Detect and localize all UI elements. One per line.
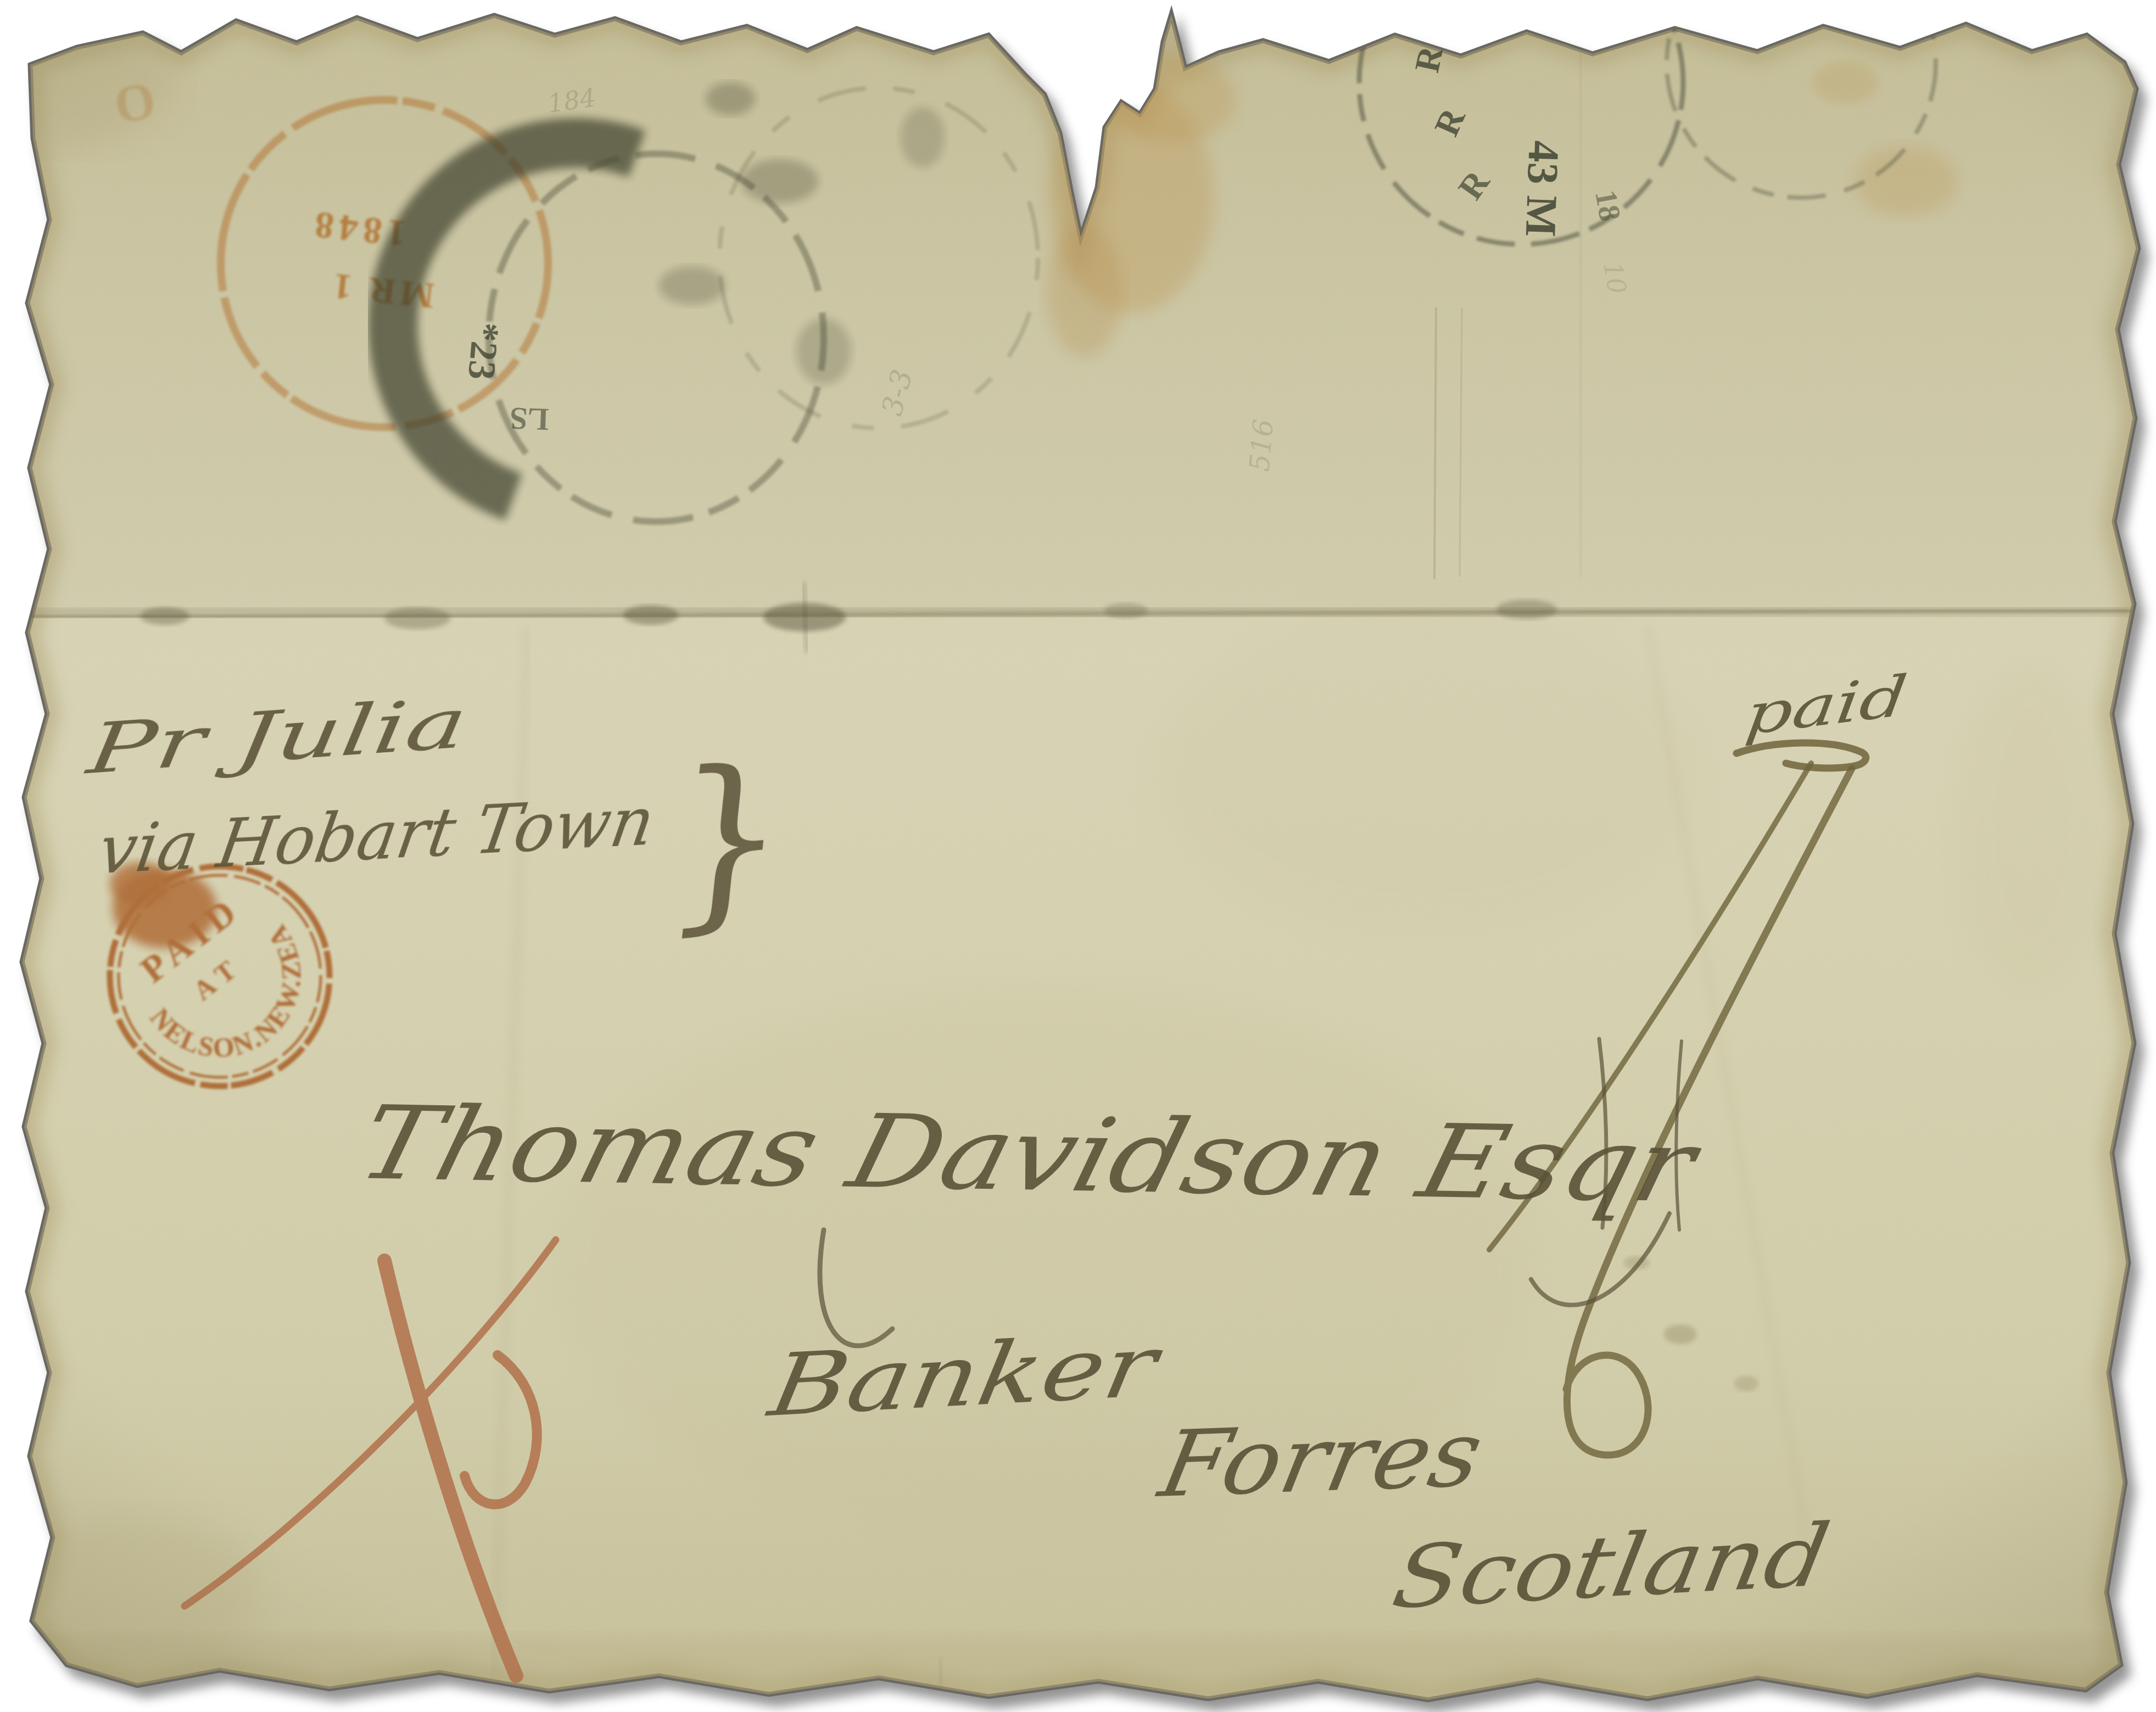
scanned-postal-cover: MR 1 1848 O *23 LS R R R 43 M 18	[0, 0, 2156, 1712]
cover-illustration: MR 1 1848 O *23 LS R R R 43 M 18	[0, 0, 2156, 1712]
vignette	[0, 0, 2156, 1712]
